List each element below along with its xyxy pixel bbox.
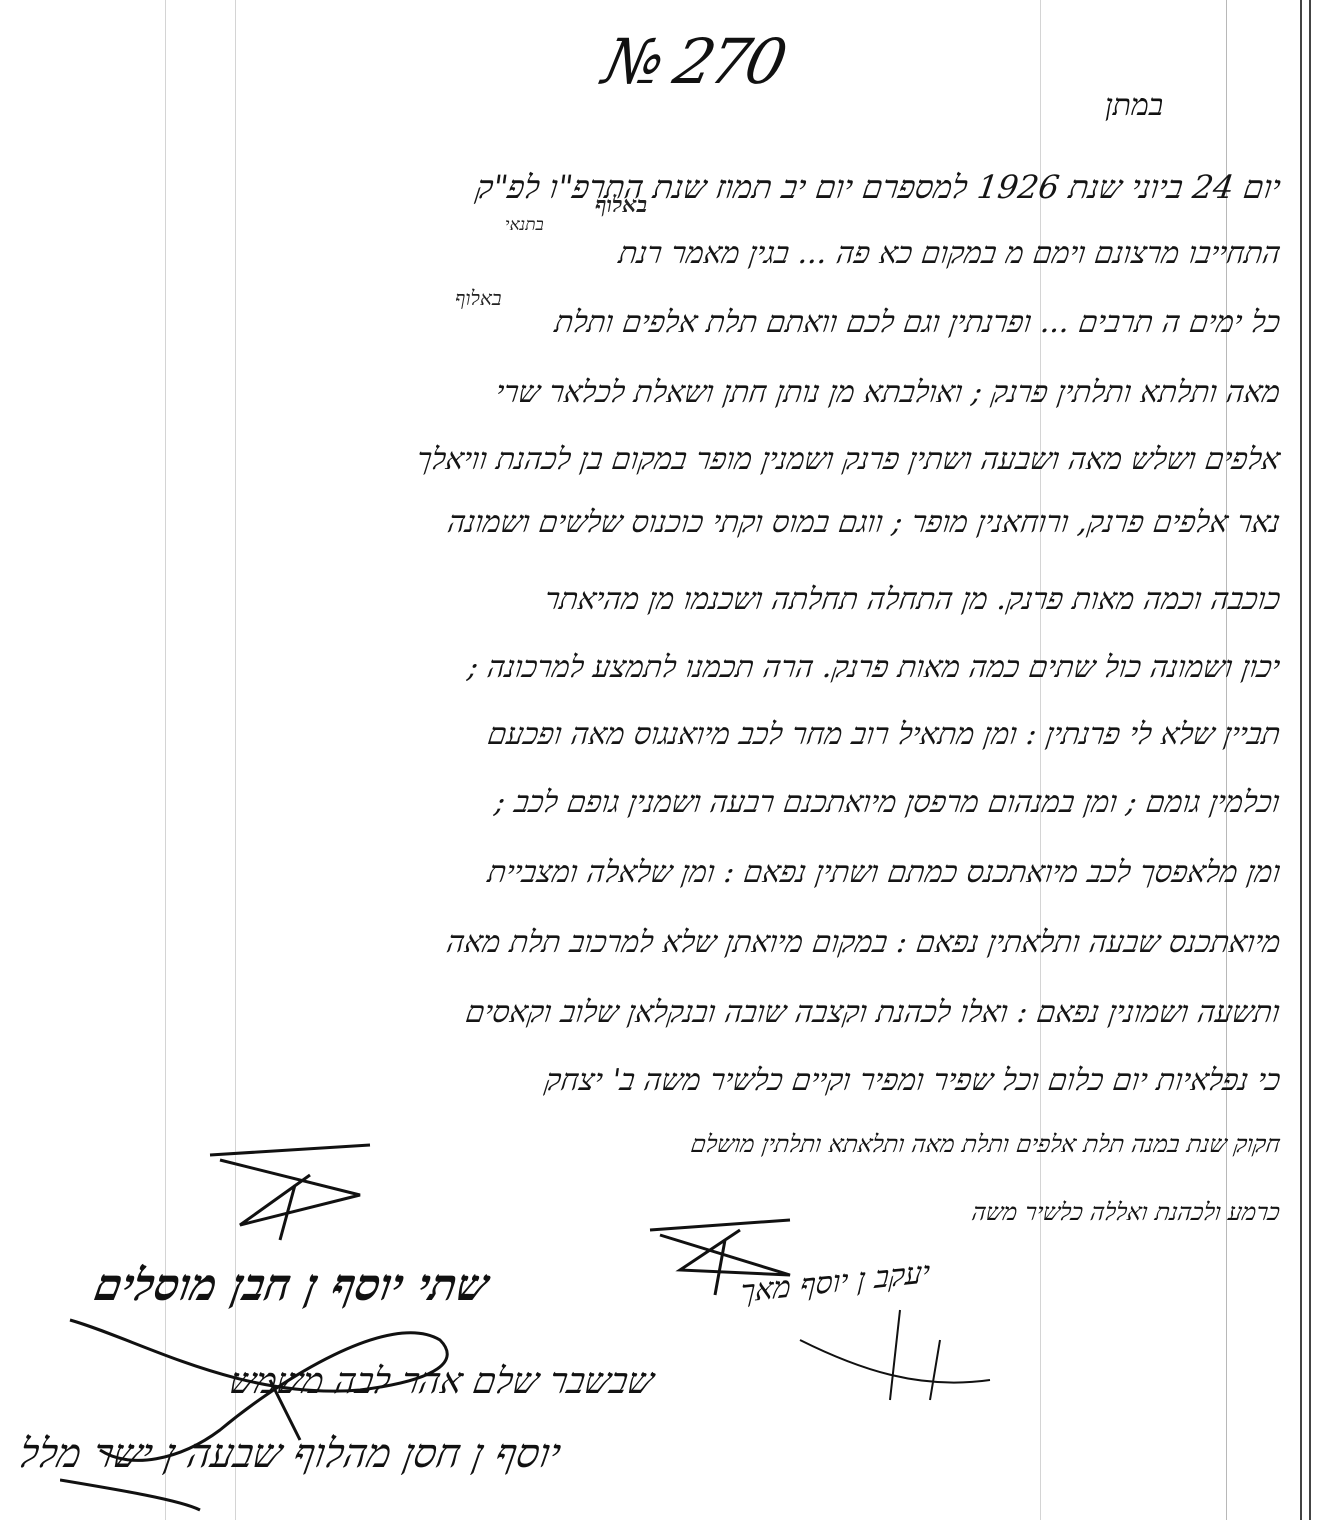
document-heading: במתן: [1105, 88, 1163, 123]
text-line-11: ומן מלאפסך לכב מיואתכנס כמתם ושתין נפאם …: [485, 855, 1282, 890]
text-line-14: כי נפלאיות יום כלום וכל שפיר ומפיר וקיים…: [542, 1063, 1282, 1098]
text-line-15: חקוק שנת במנה תלת אלפים ותלת מאה ותלאתא …: [689, 1130, 1282, 1159]
text-line-3: כל ימים ה תרבים ... ופרנתין וגם לכם וואת…: [552, 305, 1282, 340]
vertical-rule: [1040, 0, 1041, 1520]
text-line-16: כרמע ולכהנת ואללה כלשיר משה: [970, 1198, 1282, 1227]
document-number: № 270: [597, 25, 789, 98]
text-line-6: נאר אלפים פרנק, ורוחאנין מופר ; ווגם במו…: [446, 505, 1283, 540]
text-line-4: מאה ותלתא ותלתין פרנק ; ואולבתא מן נותן …: [494, 375, 1283, 410]
right-border-rule: [1300, 0, 1302, 1520]
text-line-5: אלפים ושלש מאה ושבעה ושתין פרנק ושמנין מ…: [415, 442, 1283, 477]
right-border-rule: [1309, 0, 1311, 1520]
text-line-12: מיואתכנס שבעה ותלאתין נפאם : במקום מיואת…: [444, 925, 1282, 960]
text-line-8: יכון ושמונה כול שתים כמה מאות פרנק. הרה …: [466, 650, 1283, 685]
vertical-rule: [1226, 0, 1227, 1520]
interlinear-note: בתנאי: [505, 215, 544, 235]
text-line-9: תביין שלא לי פרנתין : ומן מתאיל רוב מחר …: [485, 717, 1282, 752]
interlinear-note: באלוף: [455, 286, 501, 311]
text-line-7: כוכבה וכמה מאות פרנק. מן התחלה תחלתה ושכ…: [542, 582, 1282, 617]
signature-flourish: [790, 1300, 1010, 1410]
signature-flourish: [200, 1135, 380, 1245]
text-line-2: התחייבו מרצונם וימם מ במקום כא פה ... בג…: [616, 236, 1282, 271]
signature-witness-2: שבשבר שלם אהר לבה משמש: [226, 1360, 657, 1402]
text-line-1: יום 24 ביוני שנת 1926 למספרם יום יב תמוז…: [473, 168, 1283, 206]
signature-witness-3: יוסף ן חסן מהלוף שבעה ן ישר מלל: [16, 1430, 565, 1477]
text-line-13: ותשעה ושמונין נפאם : ואלו לכהנת וקצבה שו…: [464, 995, 1283, 1030]
signature-witness-1: שתי יוסף ן חבן מוסלים: [91, 1260, 493, 1311]
text-line-10: וכלמין גומם ; ומן במנהום מרפסן מיואתכנם …: [493, 785, 1282, 820]
